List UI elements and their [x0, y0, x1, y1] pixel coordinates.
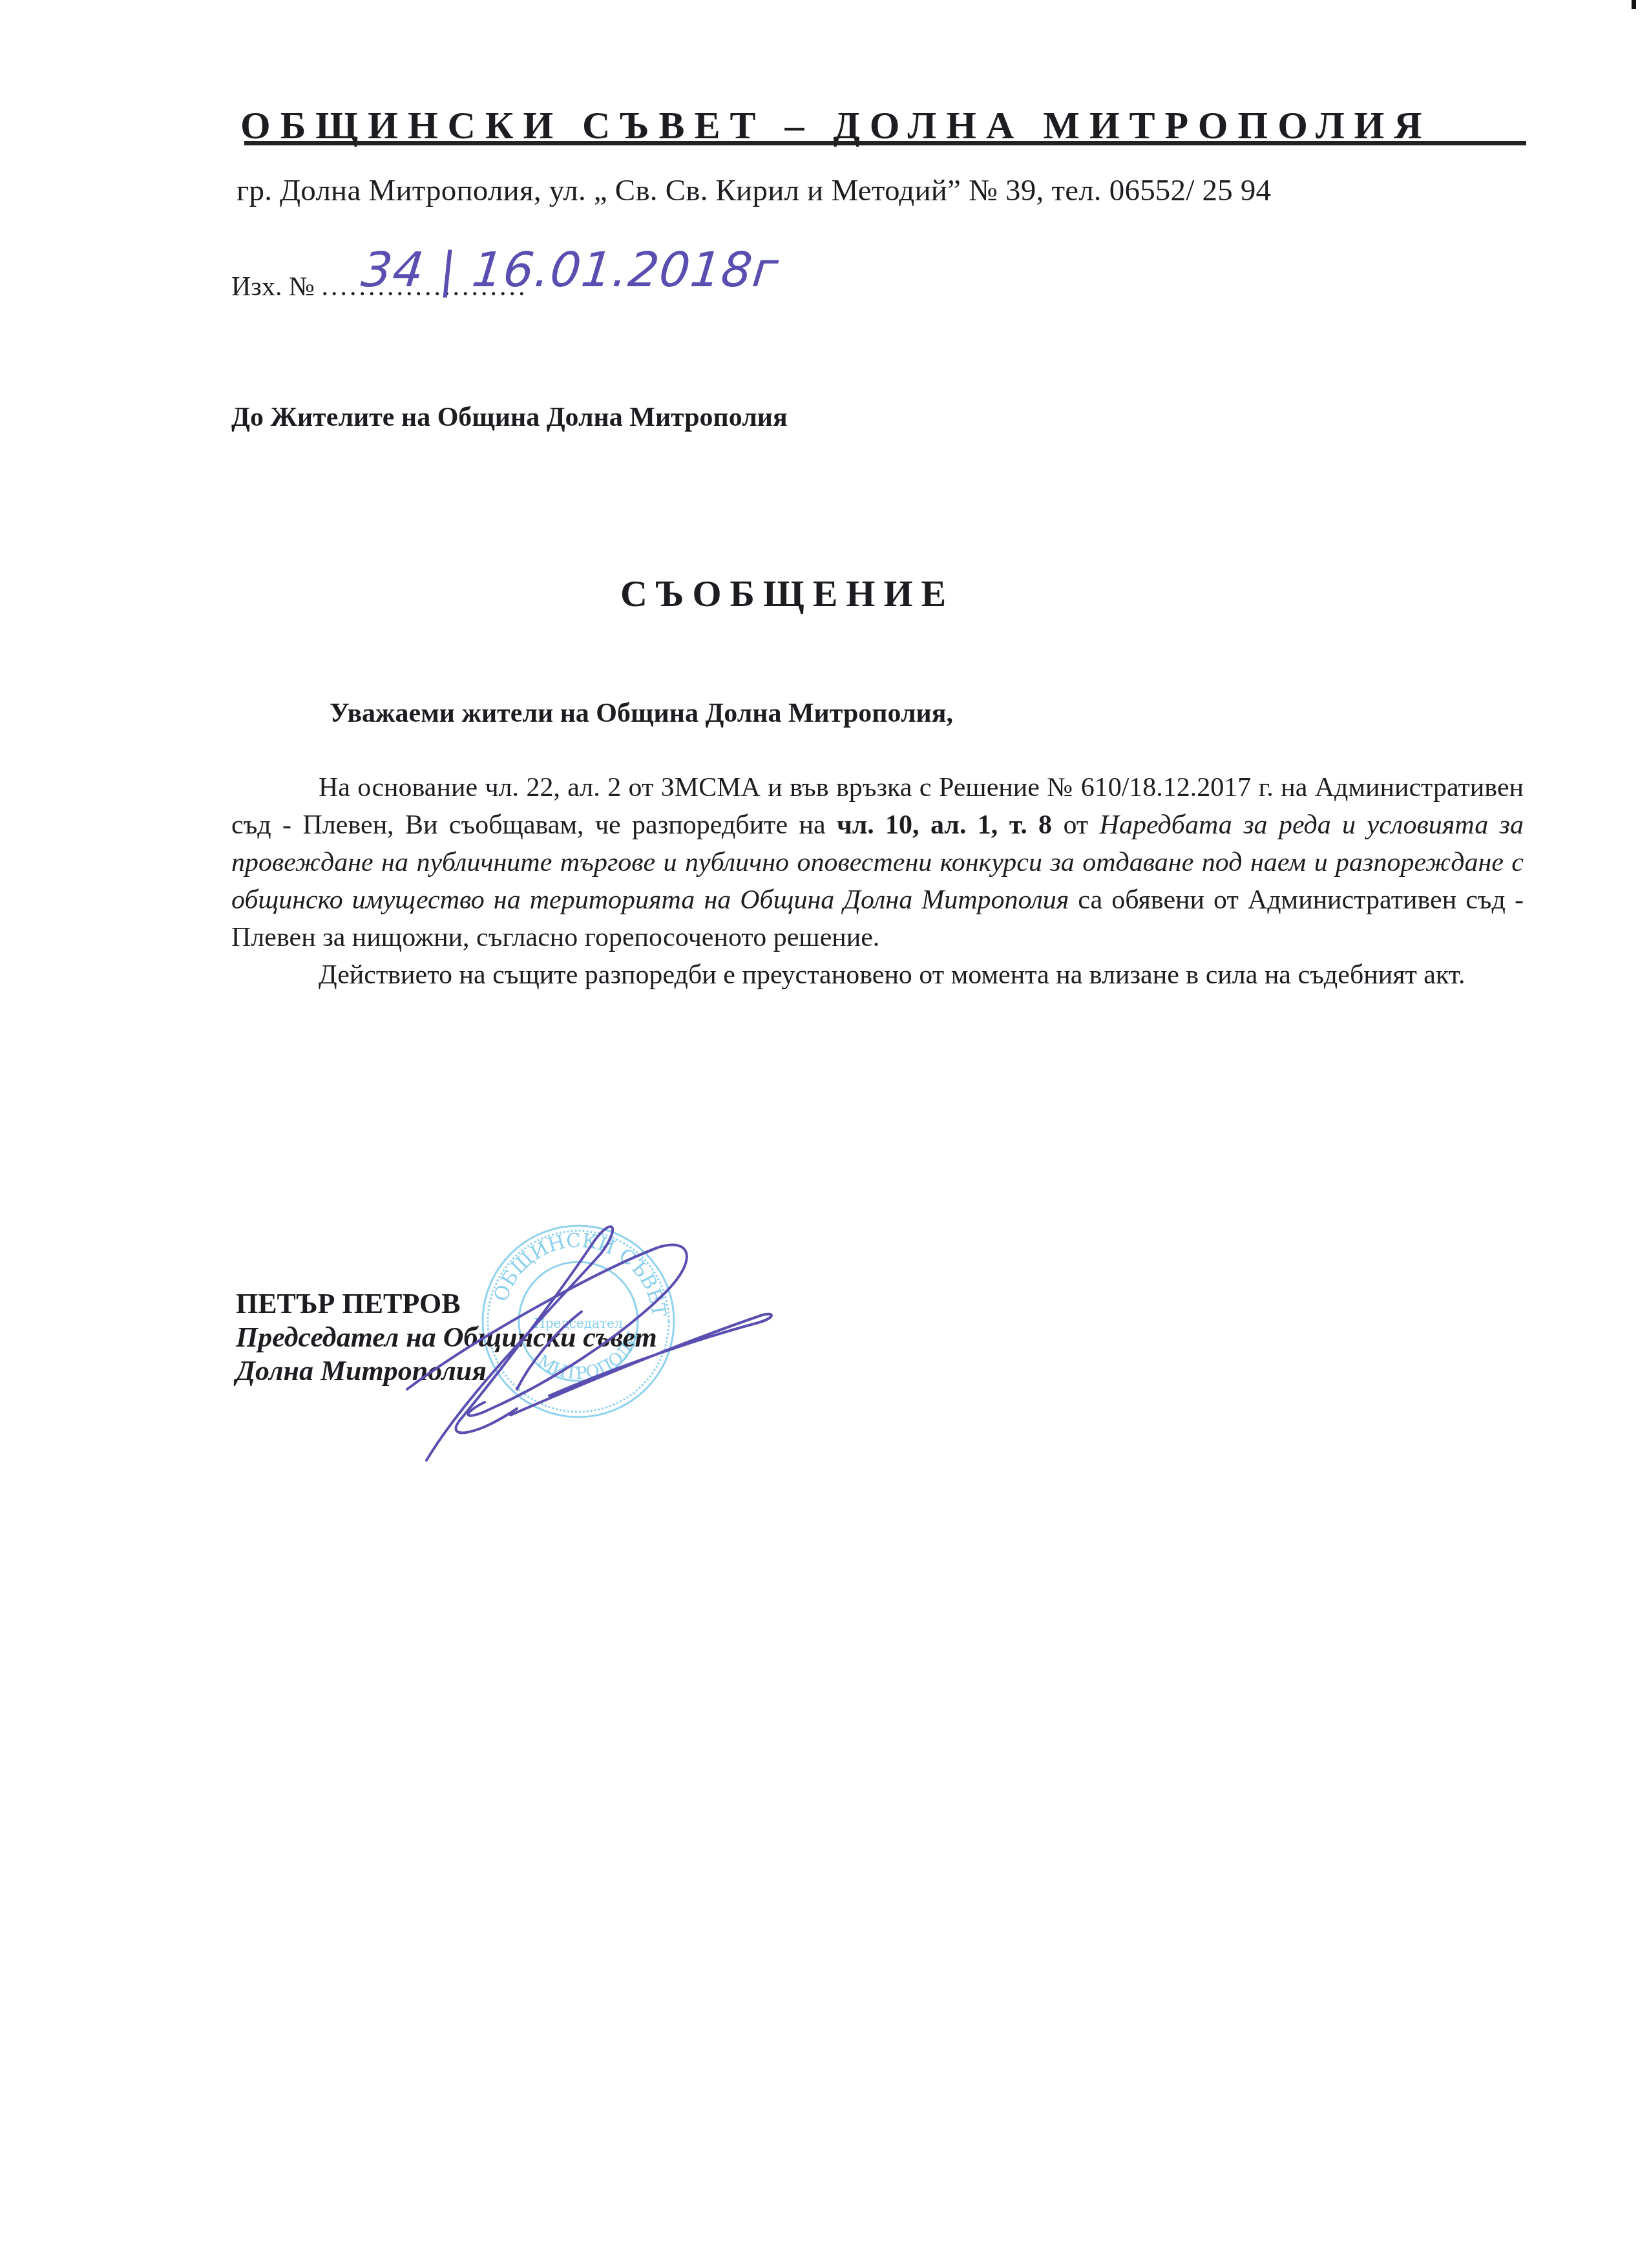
body-paragraph-2: Действието на същите разпоредби е преуст…: [231, 956, 1524, 994]
handwritten-signature-icon: [388, 1202, 788, 1473]
document-title: СЪОБЩЕНИЕ: [620, 572, 954, 615]
legal-reference-bold: чл. 10, ал. 1, т. 8: [837, 810, 1052, 840]
outgoing-number-label: Изх. №: [231, 272, 315, 302]
letterhead-address: гр. Долна Митрополия, ул. „ Св. Св. Кири…: [236, 173, 1271, 208]
body-text: На основание чл. 22, ал. 2 от ЗМСМА и въ…: [231, 769, 1524, 994]
salutation: Уважаеми жители на Община Долна Митропол…: [330, 698, 953, 729]
body-text-run: от: [1052, 810, 1100, 840]
recipient-line: До Жителите на Община Долна Митрополия: [231, 402, 788, 433]
letterhead-underline: [244, 141, 1526, 145]
handwritten-reference-number: 34 | 16.01.2018г: [359, 242, 781, 298]
body-paragraph-1: На основание чл. 22, ал. 2 от ЗМСМА и въ…: [231, 769, 1524, 956]
scan-edge-mark: [1632, 0, 1636, 9]
